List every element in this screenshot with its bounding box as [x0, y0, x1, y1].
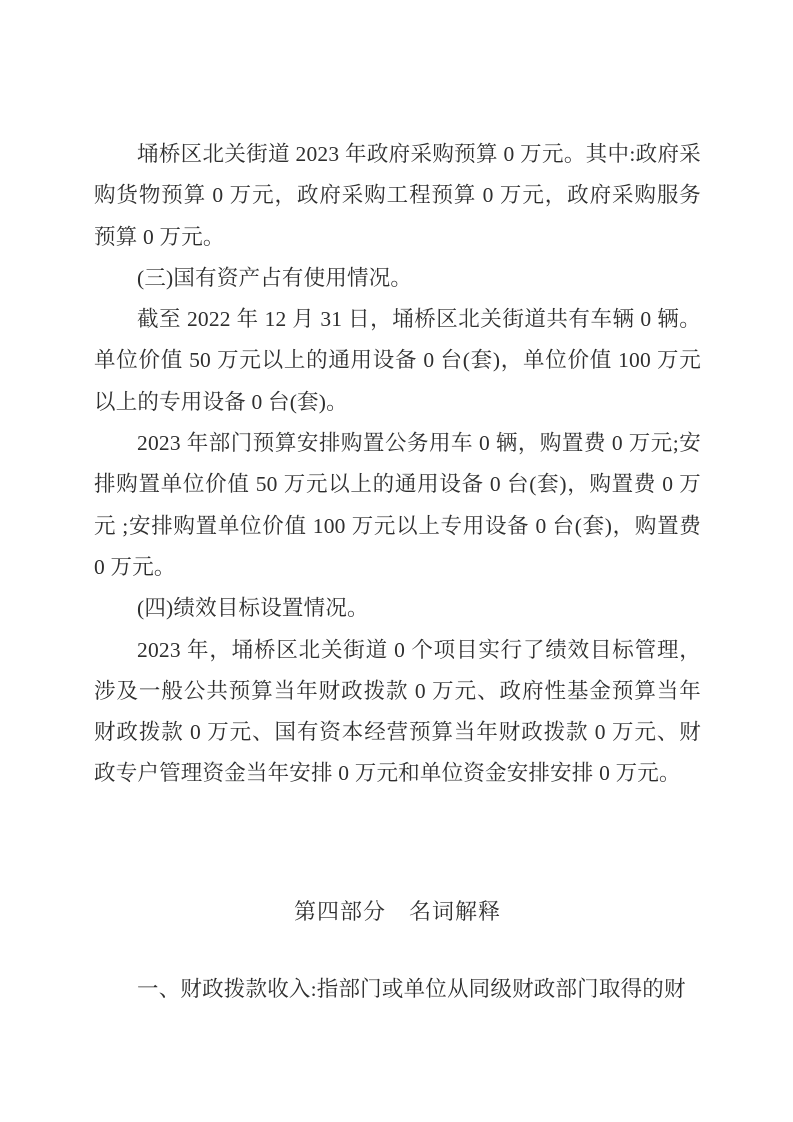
- paragraph-glossary-first-line: 一、财政拨款收入:指部门或单位从同级财政部门取得的财: [94, 969, 701, 1010]
- document-page: 埇桥区北关街道 2023 年政府采购预算 0 万元。其中:政府采购货物预算 0 …: [0, 0, 793, 1122]
- section-heading-part4: 第四部分 名词解释: [94, 891, 701, 932]
- subheading-state-assets: (三)国有资产占有使用情况。: [94, 258, 701, 299]
- page-text-block: 埇桥区北关街道 2023 年政府采购预算 0 万元。其中:政府采购货物预算 0 …: [94, 134, 701, 1010]
- paragraph-performance-targets: 2023 年，埇桥区北关街道 0 个项目实行了绩效目标管理，涉及一般公共预算当年…: [94, 630, 701, 795]
- subheading-performance-targets: (四)绩效目标设置情况。: [94, 588, 701, 629]
- paragraph-procurement-budget: 埇桥区北关街道 2023 年政府采购预算 0 万元。其中:政府采购货物预算 0 …: [94, 134, 701, 258]
- paragraph-state-assets: 截至 2022 年 12 月 31 日，埇桥区北关街道共有车辆 0 辆。单位价值…: [94, 299, 701, 423]
- paragraph-vehicle-equipment-budget: 2023 年部门预算安排购置公务用车 0 辆，购置费 0 万元;安排购置单位价值…: [94, 423, 701, 588]
